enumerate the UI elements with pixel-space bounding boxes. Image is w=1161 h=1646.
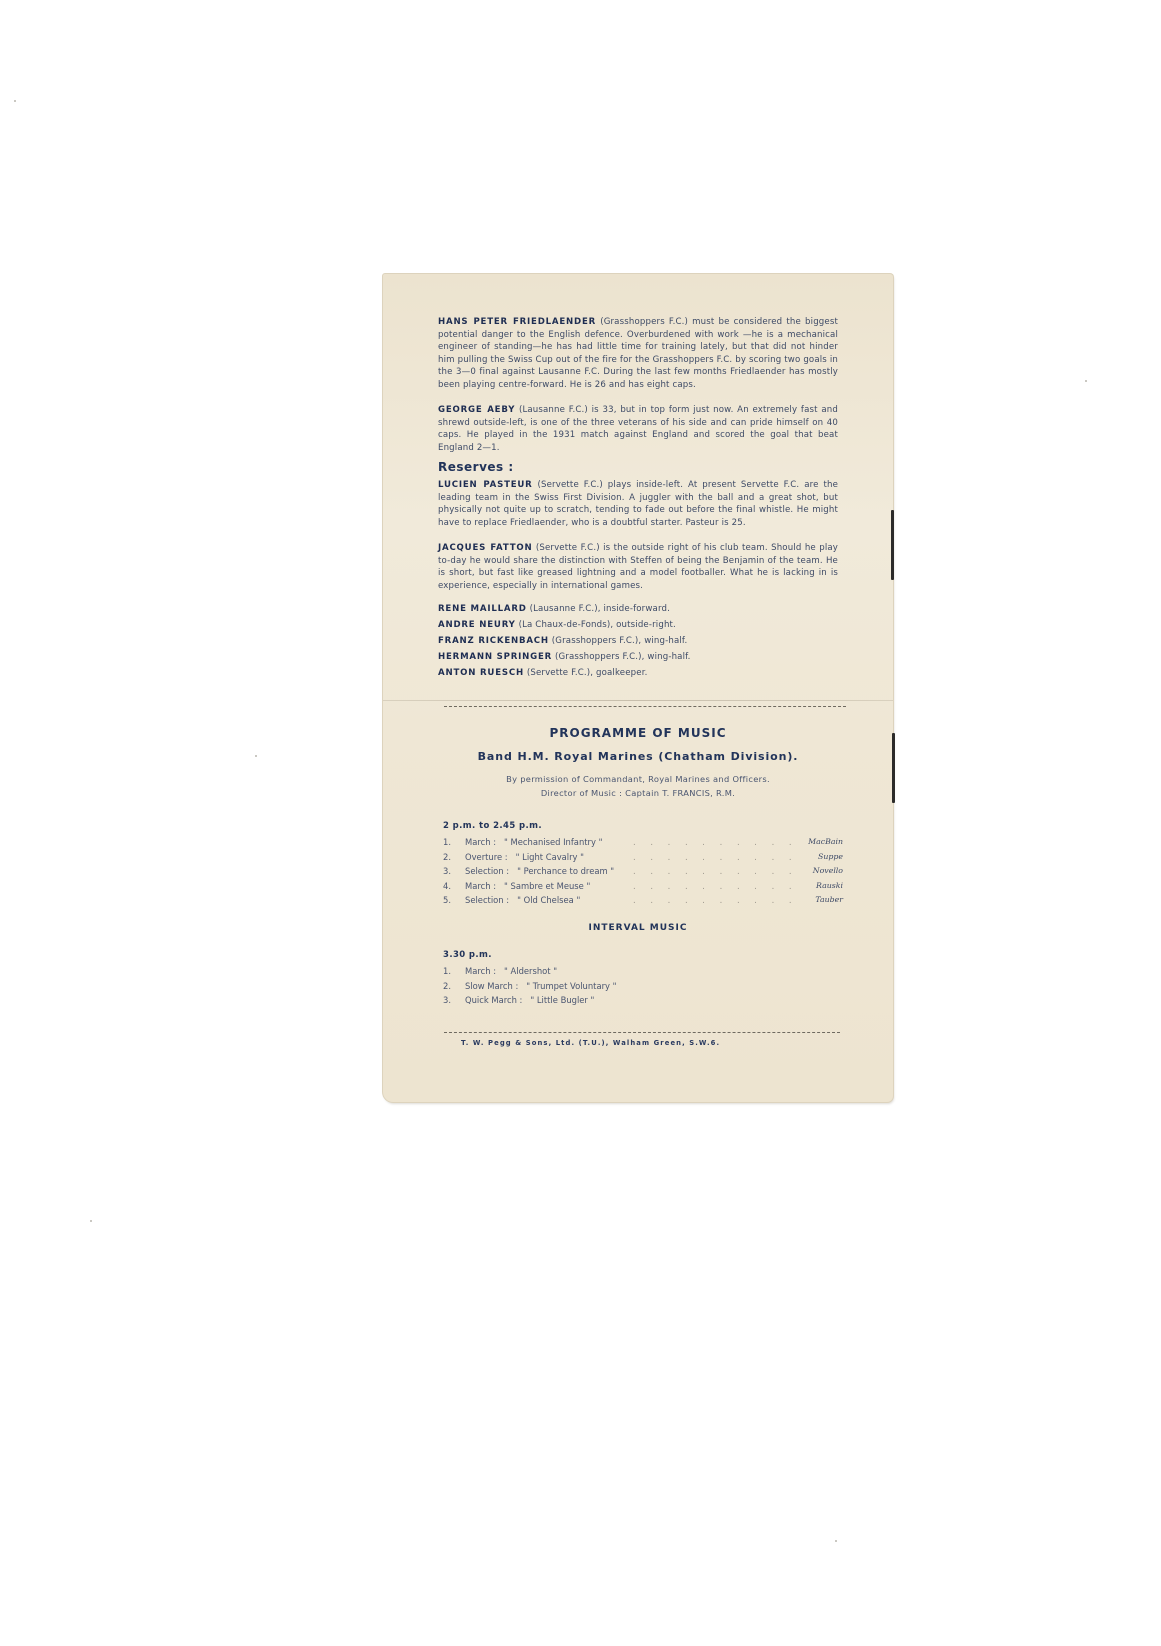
item-title: " Light Cavalry "	[516, 850, 584, 865]
staple-top	[891, 510, 894, 580]
player-description: (La Chaux-de-Fonds), outside-right.	[519, 620, 676, 630]
item-number: 3.	[443, 993, 465, 1008]
music-item: 1.March :" Aldershot "	[443, 964, 843, 979]
leader-dots: . . . . . . . . . . . . . . . . . . .	[633, 879, 795, 894]
reserve-neury: ANDRE NEURY (La Chaux-de-Fonds), outside…	[438, 619, 838, 632]
item-title: " Little Bugler "	[530, 993, 594, 1008]
leader-dots: . . . . . . . . . . . . . . . . . . .	[633, 835, 795, 850]
item-composer: Suppe	[818, 850, 843, 865]
reserve-rickenbach: FRANZ RICKENBACH (Grasshoppers F.C.), wi…	[438, 635, 838, 648]
reserves-heading: Reserves :	[438, 460, 514, 474]
reserve-maillard: RENE MAILLARD (Lausanne F.C.), inside-fo…	[438, 603, 838, 616]
item-kind: Quick March :	[465, 993, 522, 1008]
music-list-1: 1.March :" Mechanised Infantry " . . . .…	[443, 835, 843, 908]
player-name: HANS PETER FRIEDLAENDER	[438, 317, 596, 327]
item-number: 1.	[443, 964, 465, 979]
player-name: HERMANN SPRINGER	[438, 652, 552, 662]
item-composer: Tauber	[815, 893, 843, 908]
item-number: 3.	[443, 864, 465, 879]
player-name: JACQUES FATTON	[438, 543, 532, 553]
reserve-ruesch: ANTON RUESCH (Servette F.C.), goalkeeper…	[438, 667, 838, 680]
item-kind: March :	[465, 879, 496, 894]
item-composer: MacBain	[808, 835, 843, 850]
music-list-2: 1.March :" Aldershot " 2.Slow March :" T…	[443, 964, 843, 1008]
item-number: 5.	[443, 893, 465, 908]
item-kind: March :	[465, 964, 496, 979]
player-description: (Grasshoppers F.C.) must be considered t…	[438, 317, 838, 390]
player-name: LUCIEN PASTEUR	[438, 480, 533, 490]
item-number: 2.	[443, 850, 465, 865]
scan-speck	[255, 755, 257, 757]
item-kind: Slow March :	[465, 979, 518, 994]
band-name: Band H.M. Royal Marines (Chatham Divisio…	[383, 750, 893, 763]
item-number: 4.	[443, 879, 465, 894]
scan-speck	[14, 100, 16, 102]
interval-music-heading: INTERVAL MUSIC	[383, 923, 893, 933]
player-name: ANTON RUESCH	[438, 668, 524, 678]
player-name: FRANZ RICKENBACH	[438, 636, 549, 646]
music-item: 3.Quick March :" Little Bugler "	[443, 993, 843, 1008]
player-name: GEORGE AEBY	[438, 405, 515, 415]
item-title: " Trumpet Voluntary "	[526, 979, 616, 994]
player-description: (Grasshoppers F.C.), wing-half.	[552, 636, 688, 646]
music-item: 1.March :" Mechanised Infantry " . . . .…	[443, 835, 843, 850]
item-kind: Overture :	[465, 850, 508, 865]
session-time-1: 2 p.m. to 2.45 p.m.	[443, 821, 542, 831]
player-name: RENE MAILLARD	[438, 604, 527, 614]
music-programme-title: PROGRAMME OF MUSIC	[383, 726, 893, 740]
director-line: Director of Music : Captain T. FRANCIS, …	[383, 788, 893, 798]
printer-imprint: T. W. Pegg & Sons, Ltd. (T.U.), Walham G…	[461, 1039, 720, 1047]
player-description: (Grasshoppers F.C.), wing-half.	[555, 652, 691, 662]
item-kind: March :	[465, 835, 496, 850]
item-title: " Sambre et Meuse "	[504, 879, 590, 894]
player-description: (Lausanne F.C.), inside-forward.	[530, 604, 670, 614]
music-item: 3.Selection :" Perchance to dream " . . …	[443, 864, 843, 879]
section-divider	[444, 706, 846, 707]
player-description: (Servette F.C.), goalkeeper.	[527, 668, 648, 678]
reserve-springer: HERMANN SPRINGER (Grasshoppers F.C.), wi…	[438, 651, 838, 664]
item-title: " Aldershot "	[504, 964, 557, 979]
leader-dots: . . . . . . . . . . . . . . . . . . .	[633, 850, 795, 865]
item-number: 2.	[443, 979, 465, 994]
music-item: 2.Overture :" Light Cavalry " . . . . . …	[443, 850, 843, 865]
scan-speck	[1085, 380, 1087, 382]
item-title: " Mechanised Infantry "	[504, 835, 602, 850]
item-kind: Selection :	[465, 864, 509, 879]
player-name: ANDRE NEURY	[438, 620, 516, 630]
footer-divider	[444, 1032, 840, 1033]
player-profile-friedlaender: HANS PETER FRIEDLAENDER (Grasshoppers F.…	[438, 316, 838, 392]
music-item: 5.Selection :" Old Chelsea " . . . . . .…	[443, 893, 843, 908]
item-kind: Selection :	[465, 893, 509, 908]
session-time-2: 3.30 p.m.	[443, 950, 492, 960]
music-item: 4.March :" Sambre et Meuse " . . . . . .…	[443, 879, 843, 894]
scan-speck	[90, 1220, 92, 1222]
page-fold-crease	[383, 700, 893, 701]
item-title: " Perchance to dream "	[517, 864, 614, 879]
permission-line: By permission of Commandant, Royal Marin…	[383, 774, 893, 784]
scan-speck	[835, 1540, 837, 1542]
leader-dots: . . . . . . . . . . . . . . . . . . .	[633, 893, 795, 908]
leader-dots: . . . . . . . . . . . . . . . . . . .	[633, 864, 795, 879]
item-composer: Rauski	[816, 879, 843, 894]
player-profile-aeby: GEORGE AEBY (Lausanne F.C.) is 33, but i…	[438, 404, 838, 454]
reserve-pasteur: LUCIEN PASTEUR (Servette F.C.) plays ins…	[438, 479, 838, 529]
item-number: 1.	[443, 835, 465, 850]
music-item: 2.Slow March :" Trumpet Voluntary "	[443, 979, 843, 994]
item-title: " Old Chelsea "	[517, 893, 580, 908]
reserve-fatton: JACQUES FATTON (Servette F.C.) is the ou…	[438, 542, 838, 592]
item-composer: Novello	[813, 864, 843, 879]
